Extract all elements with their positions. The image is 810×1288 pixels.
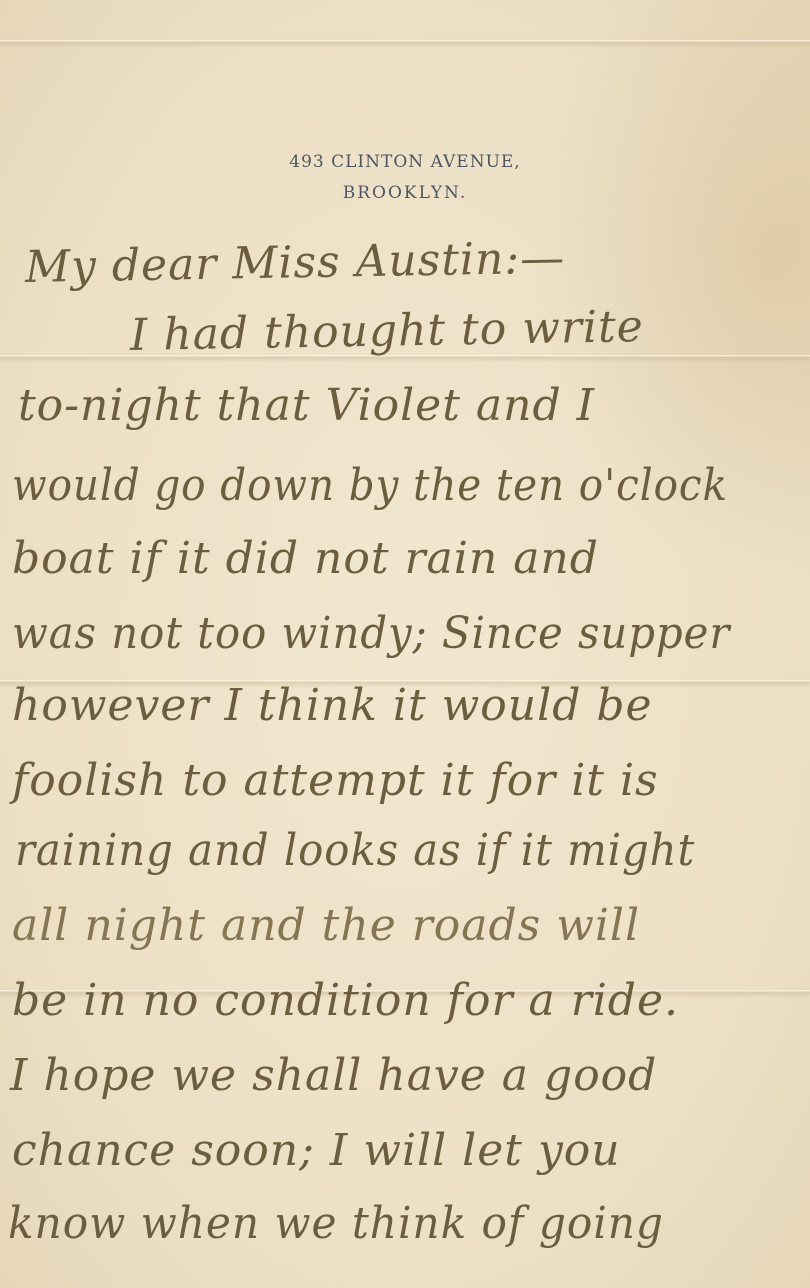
letter-line: to-night that Violet and I bbox=[18, 380, 595, 431]
letter-line: however I think it would be bbox=[12, 680, 653, 731]
letter-line: foolish to attempt it for it is bbox=[12, 755, 659, 806]
salutation: My dear Miss Austin:— bbox=[25, 233, 566, 293]
letter-line: I had thought to write bbox=[130, 301, 645, 361]
letter-line: was not too windy; Since supper bbox=[12, 608, 730, 659]
letter-line: all night and the roads will bbox=[12, 900, 640, 951]
fold-line bbox=[0, 40, 810, 43]
letter-line: boat if it did not rain and bbox=[12, 533, 599, 584]
letter-line: I hope we shall have a good bbox=[10, 1050, 657, 1101]
letter-line: know when we think of going bbox=[8, 1198, 664, 1249]
letter-line: would go down by the ten o'clock bbox=[12, 460, 728, 511]
letter-line: chance soon; I will let you bbox=[12, 1125, 621, 1176]
letterhead-address: 493 CLINTON AVENUE, bbox=[0, 152, 810, 172]
letter-line: raining and looks as if it might bbox=[15, 825, 695, 876]
letterhead-city: BROOKLYN. bbox=[0, 183, 810, 203]
letter-line: be in no condition for a ride. bbox=[12, 975, 679, 1026]
